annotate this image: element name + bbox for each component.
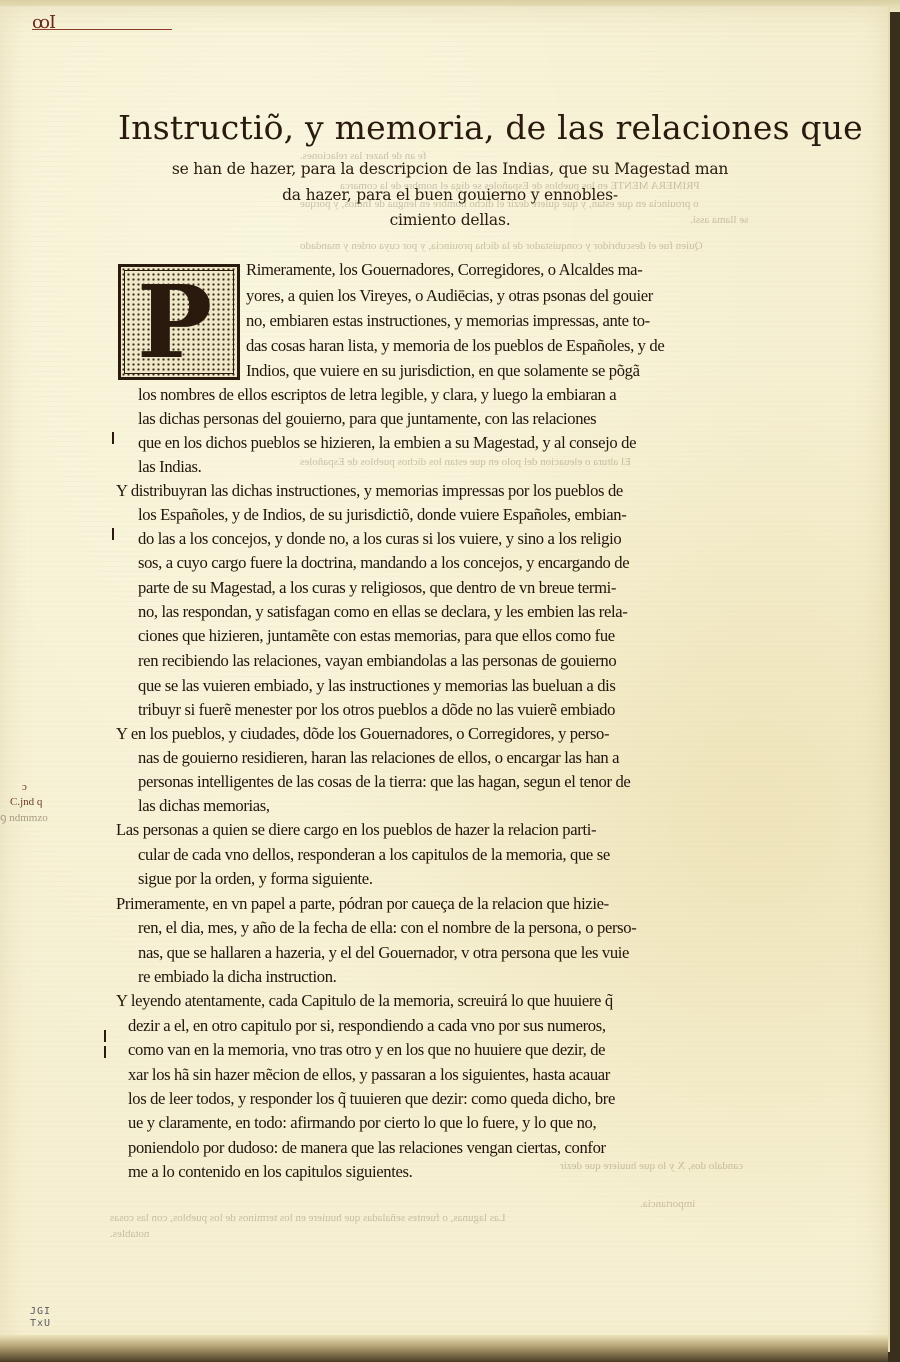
margin-note: ꝯ ndmmzo <box>0 811 48 825</box>
body-line: me a lo contenido en los capitulos sigui… <box>128 1162 412 1182</box>
body-line: Indios, que vuiere en su jurisdiction, e… <box>246 361 640 381</box>
show-through-line: importancia. <box>640 1198 695 1210</box>
margin-ink-mark <box>104 1046 106 1058</box>
body-line: nas, que se hallaren a hazeria, y el del… <box>138 943 629 963</box>
body-line: cular de cada vno dellos, responderan a … <box>138 845 610 865</box>
body-line: ren recibiendo las relaciones, vayan emb… <box>138 651 616 671</box>
decorated-initial: P <box>118 264 240 380</box>
body-line: no, embiaren estas instructiones, y memo… <box>246 311 650 331</box>
body-line: los nombres de ellos escriptos de letra … <box>138 385 616 405</box>
margin-note: ɔ <box>22 780 27 794</box>
body-line: los Españoles, y de Indios, de su jurisd… <box>138 505 626 525</box>
body-line: que en los dichos pueblos se hizieren, l… <box>138 433 636 453</box>
body-line: que se las vuieren embiado, y las instru… <box>138 676 616 696</box>
margin-ink-mark <box>104 1030 106 1042</box>
body-line: re embiado la dicha instruction. <box>138 967 336 987</box>
body-line: las dichas personas del gouierno, para q… <box>138 409 596 429</box>
page-bottom-edge <box>0 1335 888 1362</box>
body-line: ciones que hizieren, juntamẽte con estas… <box>138 626 615 646</box>
body-line: Primeramente, en vn papel a parte, pódra… <box>116 894 609 914</box>
body-line: Las personas a quien se diere cargo en l… <box>116 820 596 840</box>
body-line: Y leyendo atentamente, cada Capitulo de … <box>116 991 613 1011</box>
folio-rule <box>32 29 172 30</box>
show-through-line: Quien fue el descubridor y conquistador … <box>300 240 703 252</box>
body-line: como van en la memoria, vno tras otro y … <box>128 1040 605 1060</box>
body-line: ue y claramente, en todo: afirmando por … <box>128 1113 596 1133</box>
body-line: no, las respondan, y satisfagan como en … <box>138 602 627 622</box>
body-line: las Indias. <box>138 457 201 477</box>
stamp-line: TxU <box>30 1318 51 1330</box>
archive-stamp: JGI TxU <box>30 1306 51 1330</box>
document-title: Instructiõ, y memoria, de las relaciones… <box>118 108 778 147</box>
subtitle-line: se han de hazer, para la descripcion de … <box>110 160 790 178</box>
body-line: Rimeramente, los Gouernadores, Corregido… <box>246 260 642 280</box>
body-line: tribuyr si fuerẽ menester por los otros … <box>138 700 615 720</box>
body-line: poniendolo por dudoso: de manera que las… <box>128 1138 606 1158</box>
stamp-line: JGI <box>30 1306 51 1318</box>
margin-ink-mark <box>112 528 114 540</box>
body-line: los de leer todos, y responder los q̃ tu… <box>128 1089 615 1109</box>
margin-note: C.jnd q <box>10 795 42 809</box>
show-through-line: Las lagunas, o fuentes señaladas que huu… <box>110 1212 506 1224</box>
body-line: parte de su Magestad, a los curas y reli… <box>138 578 616 598</box>
subtitle-line: cimiento dellas. <box>110 211 790 229</box>
body-line: do las a los concejos, y donde no, a los… <box>138 529 621 549</box>
initial-letter: P <box>137 267 212 377</box>
body-line: nas de gouierno residieren, haran las re… <box>138 748 619 768</box>
body-line: yores, a quien los Vireyes, o Audiēcias,… <box>246 286 653 306</box>
body-line: personas intelligentes de las cosas de l… <box>138 772 630 792</box>
body-line: sos, a cuyo cargo fuere la doctrina, man… <box>138 553 629 573</box>
body-line: sigue por la orden, y forma siguiente. <box>138 869 373 889</box>
subtitle-line: da hazer, para el buen gouierno y ennobl… <box>110 186 790 204</box>
body-line: las dichas memorias, <box>138 796 270 816</box>
show-through-line: candalo dos, X y lo que huuiere que dezi… <box>560 1160 743 1172</box>
margin-ink-mark <box>112 432 114 444</box>
body-line: Y distribuyran las dichas instructiones,… <box>116 481 623 501</box>
body-line: ren, el dia, mes, y año de la fecha de e… <box>138 918 636 938</box>
body-line: xar los hã sin hazer mẽcion de ellos, y … <box>128 1065 610 1085</box>
body-line: Y en los pueblos, y ciudades, dõde los G… <box>116 724 609 744</box>
show-through-line: notables. <box>110 1228 149 1240</box>
body-line: dezir a el, en otro capitulo por si, res… <box>128 1016 606 1036</box>
show-through-line: El altura o eleuacion del polo en que es… <box>300 456 631 468</box>
body-line: das cosas haran lista, y memoria de los … <box>246 336 664 356</box>
